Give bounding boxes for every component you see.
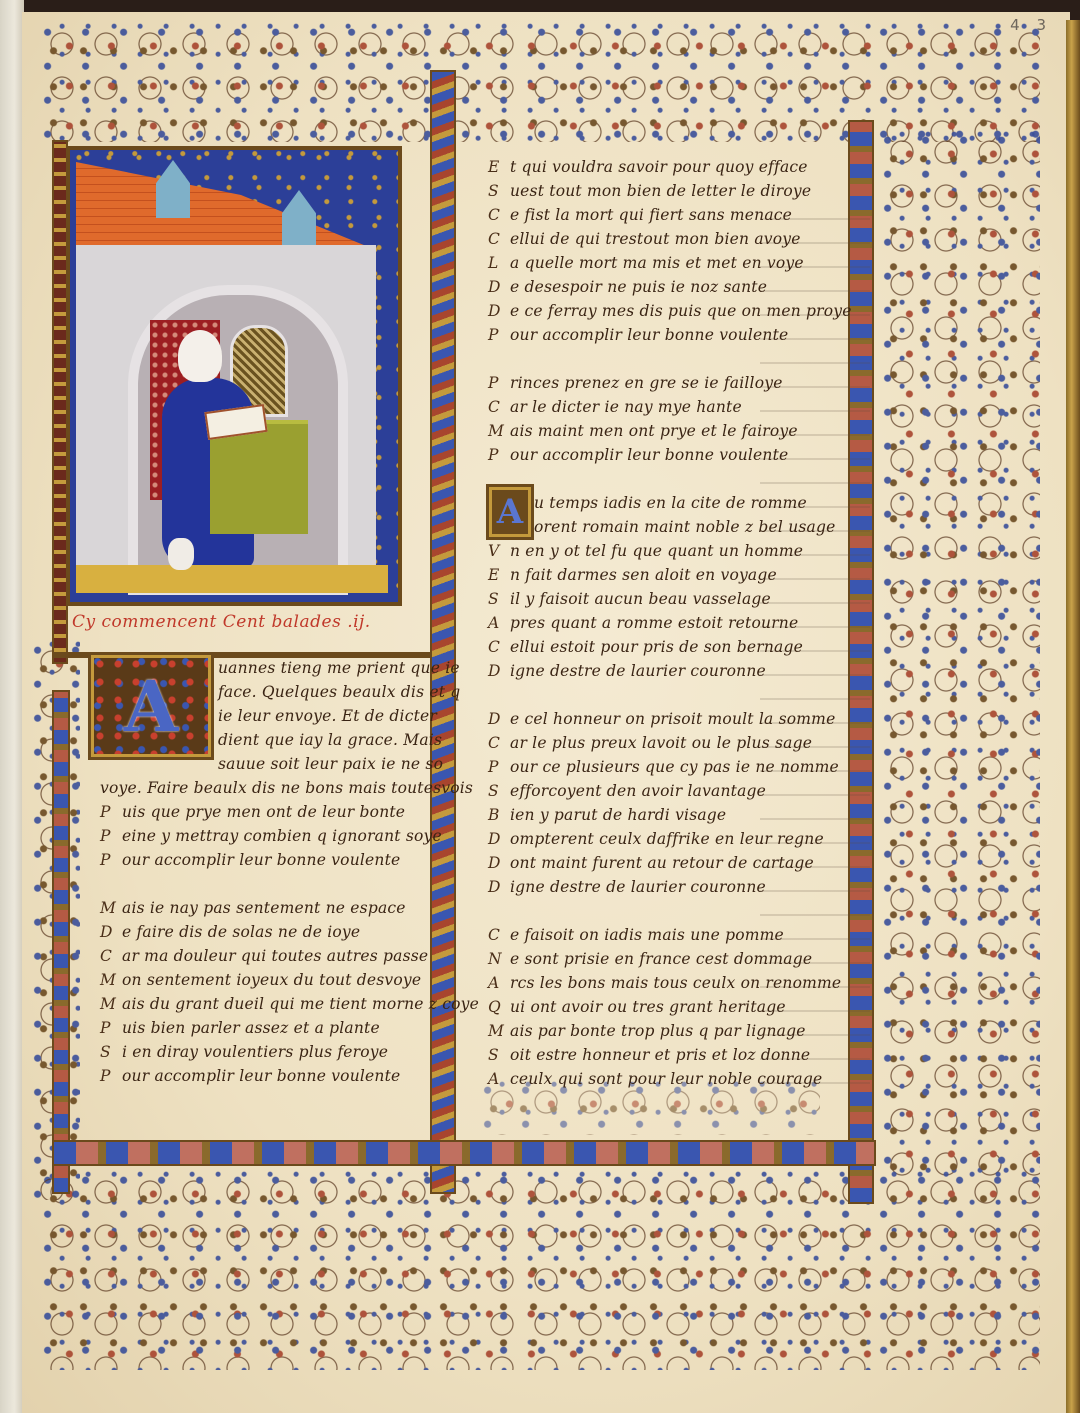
verse-line: Car ma douleur qui toutes autres passe xyxy=(100,944,430,968)
bottom-vine-border xyxy=(40,1170,1040,1370)
verse-line: Apres quant a romme estoit retourne xyxy=(488,611,838,635)
verse-line: voye. Faire beaulx dis ne bons mais tout… xyxy=(100,776,430,800)
envoi-line: Pour accomplir leur bonne voulente xyxy=(488,443,838,467)
envoi-line: Princes prenez en gre se ie failloye xyxy=(488,371,838,395)
verse-line: De faire dis de solas ne de ioye xyxy=(100,920,430,944)
verse-line: Ne sont prisie en france cest dommage xyxy=(488,947,838,971)
verse-line: Soit estre honneur et pris et loz donne xyxy=(488,1043,838,1067)
verse-line: Ce fist la mort qui fiert sans menace xyxy=(488,203,838,227)
verse-line: Pour accomplir leur bonne voulente xyxy=(100,848,430,872)
verse-line: Si en diray voulentiers plus feroye xyxy=(100,1040,430,1064)
verse-line: Arcs les bons mais tous ceulx on renomme xyxy=(488,971,838,995)
verse-line: Mais ie nay pas sentement ne espace xyxy=(100,896,430,920)
verse-line: Dompterent ceulx daffrike en leur regne xyxy=(488,827,838,851)
rubric-heading: Cy commencent Cent balades .ij. xyxy=(72,612,371,632)
verse-line: En fait darmes sen aloit en voyage xyxy=(488,563,838,587)
envoi-line: Car le dicter ie nay mye hante xyxy=(488,395,838,419)
verse-line: u temps iadis en la cite de romme xyxy=(488,491,838,515)
verse-line: De ce ferray mes dis puis que on men pro… xyxy=(488,299,838,323)
verse-line: Vn en y ot tel fu que quant un homme xyxy=(488,539,838,563)
verse-line: dient que iay la grace. Mais xyxy=(100,728,430,752)
verse-line: sauue soit leur paix ie ne so xyxy=(100,752,430,776)
verse-line: La quelle mort ma mis et met en voye xyxy=(488,251,838,275)
verse-line: Cellui de qui trestout mon bien avoye xyxy=(488,227,838,251)
verse-line: orent romain maint noble z bel usage xyxy=(488,515,838,539)
verse-line: uannes tieng me prient que ie xyxy=(100,656,430,680)
book-gutter xyxy=(0,0,24,1413)
verse-line: Qui ont avoir ou tres grant heritage xyxy=(488,995,838,1019)
white-dog xyxy=(168,538,194,570)
right-vine-border xyxy=(880,130,1040,1180)
verse-line: Mais du grant dueil qui me tient morne z… xyxy=(100,992,430,1016)
bottom-foliate-bar xyxy=(52,1140,876,1166)
gilt-page-edge xyxy=(1066,20,1080,1413)
verse-line: Et qui vouldra savoir pour quoy efface xyxy=(488,155,838,179)
verse-line: Sefforcoyent den avoir lavantage xyxy=(488,779,838,803)
verse-line: Cellui estoit pour pris de son bernage xyxy=(488,635,838,659)
verse-line: Bien y parut de hardi visage xyxy=(488,803,838,827)
verse-line: Ce faisoit on iadis mais une pomme xyxy=(488,923,838,947)
verse-line: Puis que prye men ont de leur bonte xyxy=(100,800,430,824)
verse-line: Pour accomplir leur bonne voulente xyxy=(488,323,838,347)
verse-line: Pour accomplir leur bonne voulente xyxy=(100,1064,430,1088)
top-vine-border xyxy=(40,22,1040,142)
right-text-column: Et qui vouldra savoir pour quoy efface S… xyxy=(488,155,838,1091)
left-foliate-bar xyxy=(52,690,70,1194)
verse-line: ie leur envoye. Et de dicter xyxy=(100,704,430,728)
verse-line: Mais par bonte trop plus q par lignage xyxy=(488,1019,838,1043)
verse-line: Pour ce plusieurs que cy pas ie ne nomme xyxy=(488,755,838,779)
verse-line: De desespoir ne puis ie noz sante xyxy=(488,275,838,299)
verse-line: Peine y mettray combien q ignorant soye xyxy=(100,824,430,848)
left-text-column: uannes tieng me prient que ie face. Quel… xyxy=(100,656,430,1088)
tiled-floor xyxy=(76,565,388,593)
verse-line: Digne destre de laurier couronne xyxy=(488,659,838,683)
verse-line: Digne destre de laurier couronne xyxy=(488,875,838,899)
center-twisted-bar xyxy=(430,70,456,1194)
miniature-painting xyxy=(66,146,402,606)
verse-line: Mon sentement ioyeux du tout desvoye xyxy=(100,968,430,992)
verse-line: Car le plus preux lavoit ou le plus sage xyxy=(488,731,838,755)
envoi-line: Mais maint men ont prye et le fairoye xyxy=(488,419,838,443)
verse-line: Sil y faisoit aucun beau vasselage xyxy=(488,587,838,611)
verse-line: Puis bien parler assez et a plante xyxy=(100,1016,430,1040)
verse-line: Aceulx qui sont pour leur noble courage xyxy=(488,1067,838,1091)
verse-line: Suest tout mon bien de letter le diroye xyxy=(488,179,838,203)
white-headdress xyxy=(178,330,222,382)
verse-line: face. Quelques beaulx dis et q xyxy=(100,680,430,704)
verse-line: De cel honneur on prisoit moult la somme xyxy=(488,707,838,731)
verse-line: Dont maint furent au retour de cartage xyxy=(488,851,838,875)
